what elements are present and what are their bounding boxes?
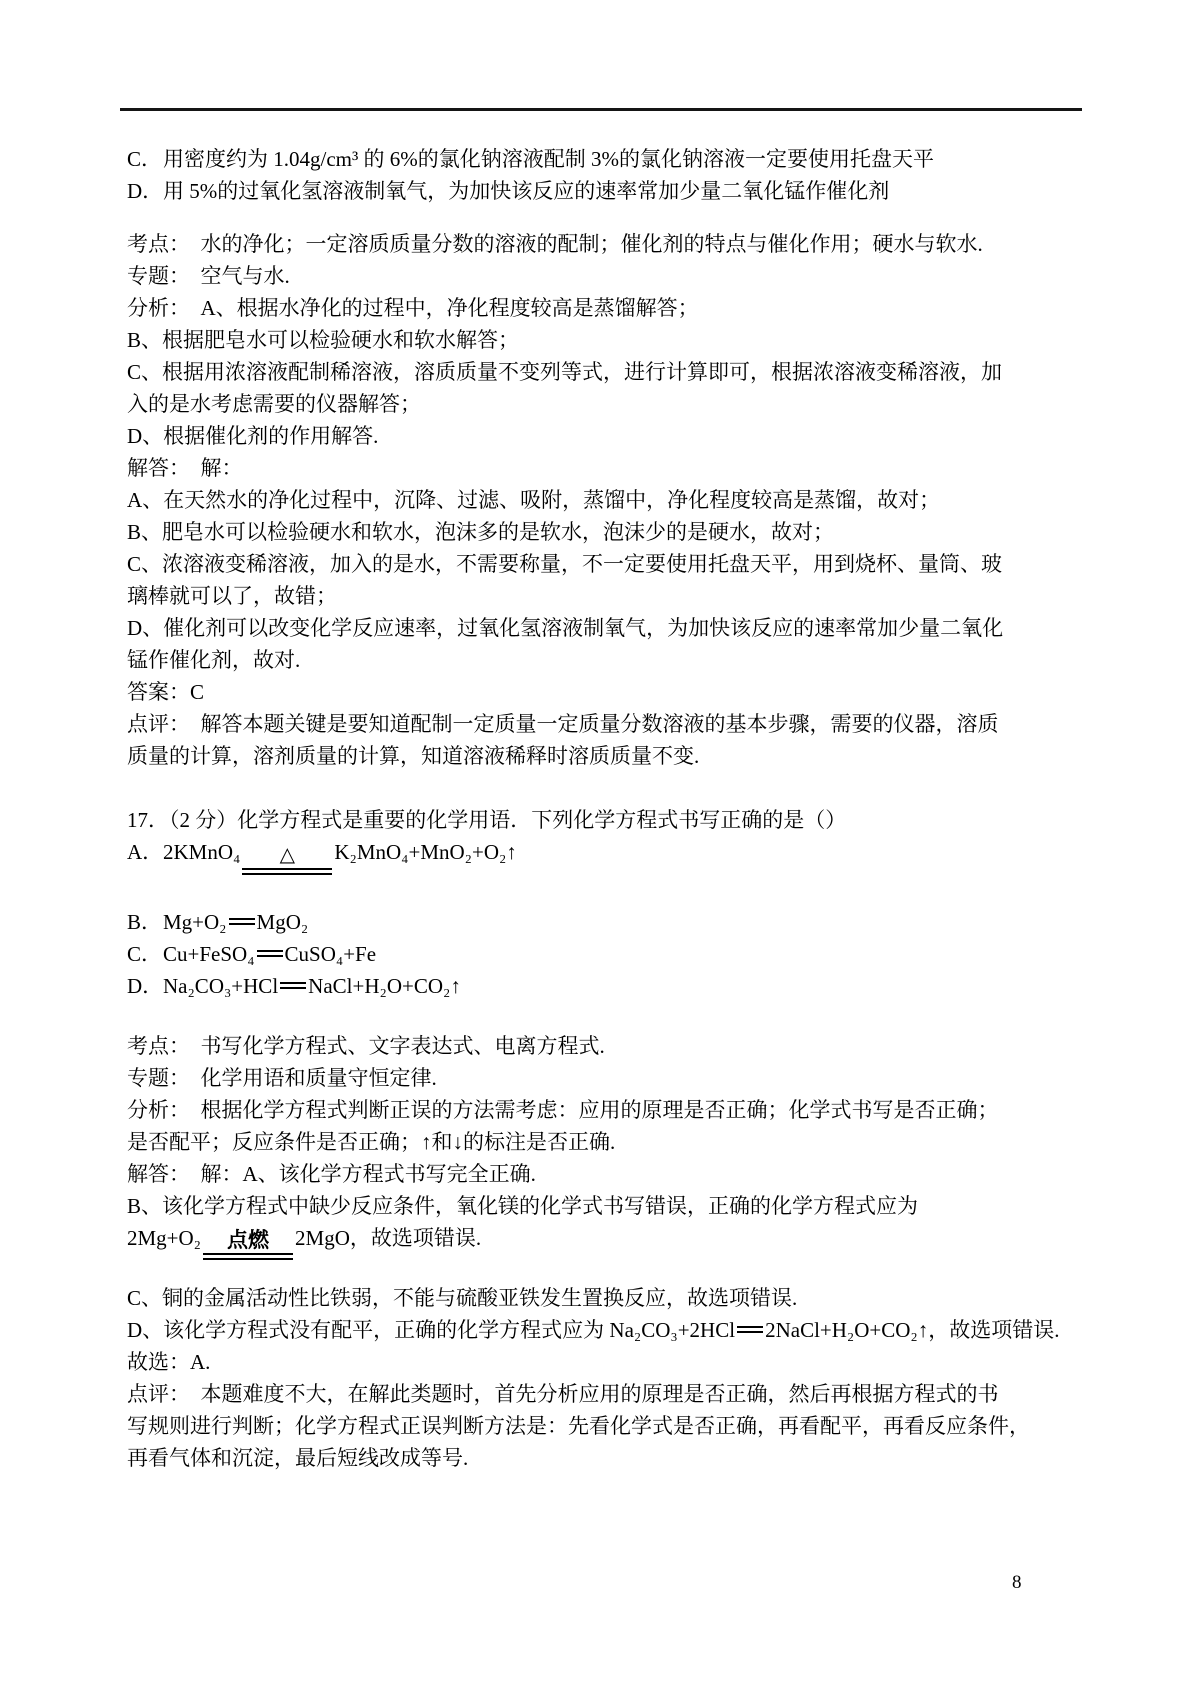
equals-sign [737,1326,763,1333]
spacer [127,772,1083,804]
equation-pre-text: D、该化学方程式没有配平，正确的化学方程式应为 Na₂CO₃+2HCl [127,1318,735,1342]
text-line: C、浓溶液变稀溶液，加入的是水，不需要称量，不一定要使用托盘天平，用到烧杯、量筒… [127,548,1083,580]
text-line: 入的是水考虑需要的仪器解答； [127,388,1083,420]
reaction-condition-equals: △ [242,843,332,881]
text-line: 再看气体和沉淀，最后短线改成等号. [127,1442,1083,1474]
spacer [127,111,1083,143]
equation-lhs: 2Mg+O₂ [127,1226,201,1250]
document-page: C．用密度约为 1.04g/cm³ 的 6%的氯化钠溶液配制 3%的氯化钠溶液一… [0,0,1200,1698]
text-line: A、在天然水的净化过程中，沉降、过滤、吸附，蒸馏中，净化程度较高是蒸馏，故对； [127,484,1083,516]
text-line: C、根据用浓溶液配制稀溶液，溶质质量不变列等式，进行计算即可，根据浓溶液变稀溶液… [127,356,1083,388]
text-line: 锰作催化剂，故对. [127,644,1083,676]
spacer [127,207,1083,228]
option-text: 用密度约为 1.04g/cm³ 的 6%的氯化钠溶液配制 3%的氯化钠溶液一定要… [163,147,934,171]
text-line: B、根据肥皂水可以检验硬水和软水解答； [127,324,1083,356]
text-line-with-equation: D、该化学方程式没有配平，正确的化学方程式应为 Na₂CO₃+2HCl2NaCl… [127,1314,1083,1346]
text-line: 分析： 根据化学方程式判断正误的方法需考虑：应用的原理是否正确；化学式书写是否正… [127,1094,1083,1126]
text-line: 考点： 书写化学方程式、文字表达式、电离方程式. [127,1030,1083,1062]
equation-rhs: 2MgO，故选项错误. [295,1226,481,1250]
text-line: 点评： 本题难度不大，在解此类题时，首先分析应用的原理是否正确，然后再根据方程式… [127,1378,1083,1410]
equation-post-text: 2NaCl+H₂O+CO₂↑，故选项错误. [765,1318,1059,1342]
page-content: C．用密度约为 1.04g/cm³ 的 6%的氯化钠溶液配制 3%的氯化钠溶液一… [127,0,1083,1474]
text-line: 分析： A、根据水净化的过程中，净化程度较高是蒸馏解答； [127,292,1083,324]
ignite-condition-text: 点燃 [203,1228,293,1253]
equation-row: 2Mg+O₂点燃2MgO，故选项错误. [127,1222,1083,1270]
text-line: 点评： 解答本题关键是要知道配制一定质量一定质量分数溶液的基本步骤，需要的仪器，… [127,708,1083,740]
text-line: 解答： 解：A、该化学方程式书写完全正确. [127,1158,1083,1190]
text-line: 璃棒就可以了，故错； [127,580,1083,612]
equation-lhs: 2KMnO₄ [163,840,240,864]
spacer [127,1270,1083,1282]
text-line: 是否配平；反应条件是否正确；↑和↓的标注是否正确. [127,1126,1083,1158]
option-letter: C． [127,143,163,175]
text-line: B、该化学方程式中缺少反应条件，氧化镁的化学式书写错误，正确的化学方程式应为 [127,1190,1083,1222]
equation-rhs: MgO₂ [257,910,309,934]
option-letter: A． [127,836,163,866]
option-row-b: B．Mg+O₂MgO₂ [127,906,1083,938]
text-line: C、铜的金属活动性比铁弱，不能与硫酸亚铁发生置换反应，故选项错误. [127,1282,1083,1314]
spacer [127,882,1083,906]
option-letter: C． [127,938,163,970]
text-line: B、肥皂水可以检验硬水和软水，泡沫多的是软水，泡沫少的是硬水，故对； [127,516,1083,548]
option-row-c: C．Cu+FeSO₄CuSO₄+Fe [127,938,1083,970]
spacer [127,1002,1083,1030]
reaction-condition-equals: 点燃 [203,1228,293,1266]
answer-line: 答案：C [127,676,1083,708]
text-line: 专题： 空气与水. [127,260,1083,292]
equation-rhs: K₂MnO₄+MnO₂+O₂↑ [334,840,516,864]
text-line: 写规则进行判断；化学方程式正误判断方法是：先看化学式是否正确，再看配平，再看反应… [127,1410,1083,1442]
double-equals-line [203,1253,293,1260]
option-text: 用 5%的过氧化氢溶液制氧气，为加快该反应的速率常加少量二氧化锰作催化剂 [163,179,889,203]
text-line: D、根据催化剂的作用解答. [127,420,1083,452]
triangle-heat-icon: △ [242,843,332,868]
text-line: 专题： 化学用语和质量守恒定律. [127,1062,1083,1094]
text-line: D、催化剂可以改变化学反应速率，过氧化氢溶液制氧气，为加快该反应的速率常加少量二… [127,612,1083,644]
equation-lhs: Na₂CO₃+HCl [163,974,278,998]
equation-rhs: NaCl+H₂O+CO₂↑ [308,974,461,998]
equation-lhs: Mg+O₂ [163,910,227,934]
question-title: 17．（2 分）化学方程式是重要的化学用语．下列化学方程式书写正确的是（） [127,804,1083,836]
option-letter: D． [127,970,163,1002]
double-equals-line [242,868,332,875]
option-row-a: A．2KMnO₄△K₂MnO₄+MnO₂+O₂↑ [127,836,1083,882]
equals-sign [280,982,306,989]
option-row-c: C．用密度约为 1.04g/cm³ 的 6%的氯化钠溶液配制 3%的氯化钠溶液一… [127,143,1083,175]
equals-sign [229,918,255,925]
equation-rhs: CuSO₄+Fe [285,942,377,966]
equation-lhs: Cu+FeSO₄ [163,942,255,966]
equals-sign [257,950,283,957]
answer-line: 故选：A. [127,1346,1083,1378]
option-letter: B． [127,906,163,938]
text-line: 质量的计算，溶剂质量的计算，知道溶液稀释时溶质质量不变. [127,740,1083,772]
option-letter: D． [127,175,163,207]
text-line: 解答： 解： [127,452,1083,484]
option-row-d: D．用 5%的过氧化氢溶液制氧气，为加快该反应的速率常加少量二氧化锰作催化剂 [127,175,1083,207]
page-number: 8 [1012,1572,1022,1594]
option-row-d: D．Na₂CO₃+HClNaCl+H₂O+CO₂↑ [127,970,1083,1002]
text-line: 考点： 水的净化；一定溶质质量分数的溶液的配制；催化剂的特点与催化作用；硬水与软… [127,228,1083,260]
